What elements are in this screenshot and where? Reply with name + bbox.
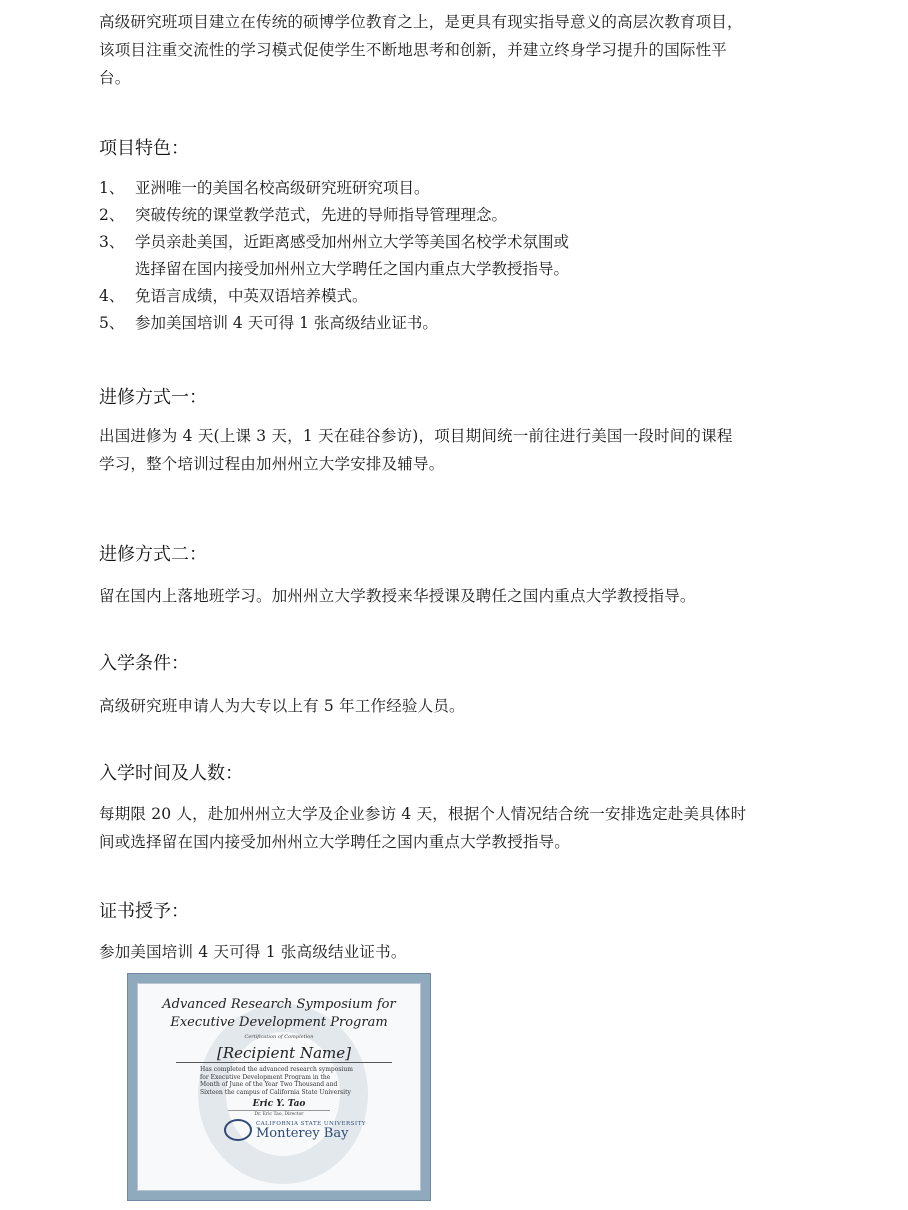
intro-line: 高级研究班项目建立在传统的硕博学位教育之上，是更具有现实指导意义的高层次教育项目… [99,8,743,36]
mode1-paragraph: 出国进修为 4 天(上课 3 天，1 天在硅谷参访)，项目期间统一前往进行美国一… [99,422,733,478]
certificate-body: Has completed the advanced research symp… [200,1066,360,1096]
certificate-subtitle: Certification of Completion [138,1034,420,1040]
list-number: 4、 [99,283,135,310]
list-text: 亚洲唯一的美国名校高级研究班研究项目。 [135,175,839,202]
mode2-text: 留在国内上落地班学习。加州州立大学教授来华授课及聘任之国内重点大学教授指导。 [99,582,696,610]
certificate-title-line: Advanced Research Symposium for [138,996,420,1014]
body-line: Month of June of the Year Two Thousand a… [200,1081,360,1089]
list-item: 1、亚洲唯一的美国名校高级研究班研究项目。 [99,175,839,202]
list-text: 选择留在国内接受加州州立大学聘任之国内重点大学教授指导。 [135,256,839,283]
list-item: 3、学员亲赴美国，近距离感受加州州立大学等美国名校学术氛围或 [99,229,839,256]
signature: Eric Y. Tao [138,1099,420,1109]
list-number: 2、 [99,202,135,229]
body-line: Sixteen the campus of California State U… [200,1089,360,1097]
list-number: 1、 [99,175,135,202]
list-number [99,256,135,283]
certificate-title-line: Executive Development Program [138,1014,420,1032]
body-line: Has completed the advanced research symp… [200,1066,360,1074]
otter-seal-icon [224,1119,252,1141]
mode1-line: 出国进修为 4 天(上课 3 天，1 天在硅谷参访)，项目期间统一前往进行美国一… [99,422,733,450]
certificate-text: 参加美国培训 4 天可得 1 张高级结业证书。 [99,938,407,966]
recipient-name: [Recipient Name] [176,1044,392,1063]
body-line: for Executive Development Program in the [200,1074,360,1082]
list-text: 突破传统的课堂教学范式，先进的导师指导管理理念。 [135,202,839,229]
list-text: 学员亲赴美国，近距离感受加州州立大学等美国名校学术氛围或 [135,229,839,256]
list-item: 2、突破传统的课堂教学范式，先进的导师指导管理理念。 [99,202,839,229]
certificate-title: Advanced Research Symposium for Executiv… [138,996,420,1032]
certificate-inner: ✻ Advanced Research Symposium for Execut… [137,983,421,1191]
enrollment-line: 间或选择留在国内接受加州州立大学聘任之国内重点大学教授指导。 [99,828,746,856]
certificate-image: ✻ Advanced Research Symposium for Execut… [127,973,431,1201]
certificate-heading: 证书授予： [99,898,189,926]
list-item: 4、免语言成绩，中英双语培养模式。 [99,283,839,310]
list-number: 3、 [99,229,135,256]
university-name-bottom: Monterey Bay [256,1127,366,1140]
mode2-heading: 进修方式二： [99,541,207,569]
enrollment-paragraph: 每期限 20 人，赴加州州立大学及企业参访 4 天，根据个人情况结合统一安排选定… [99,800,746,856]
features-heading: 项目特色： [99,135,189,163]
admission-text: 高级研究班申请人为大专以上有 5 年工作经验人员。 [99,692,465,720]
mode1-heading: 进修方式一： [99,384,207,412]
list-text: 参加美国培训 4 天可得 1 张高级结业证书。 [135,310,839,337]
list-number: 5、 [99,310,135,337]
list-text: 免语言成绩，中英双语培养模式。 [135,283,839,310]
intro-line: 台。 [99,64,743,92]
director-line: Dr. Eric Tao, Director [228,1110,330,1117]
enrollment-heading: 入学时间及人数： [99,760,243,788]
list-item: 选择留在国内接受加州州立大学聘任之国内重点大学教授指导。 [99,256,839,283]
university-logo: CALIFORNIA STATE UNIVERSITY Monterey Bay [224,1119,420,1141]
features-list: 1、亚洲唯一的美国名校高级研究班研究项目。 2、突破传统的课堂教学范式，先进的导… [99,175,839,337]
admission-heading: 入学条件： [99,650,189,678]
mode1-line: 学习，整个培训过程由加州州立大学安排及辅导。 [99,450,733,478]
intro-paragraph: 高级研究班项目建立在传统的硕博学位教育之上，是更具有现实指导意义的高层次教育项目… [99,8,743,92]
enrollment-line: 每期限 20 人，赴加州州立大学及企业参访 4 天，根据个人情况结合统一安排选定… [99,800,746,828]
list-item: 5、参加美国培训 4 天可得 1 张高级结业证书。 [99,310,839,337]
intro-line: 该项目注重交流性的学习模式促使学生不断地思考和创新，并建立终身学习提升的国际性平 [99,36,743,64]
corner-ornament-icon: ✻ [137,983,138,986]
